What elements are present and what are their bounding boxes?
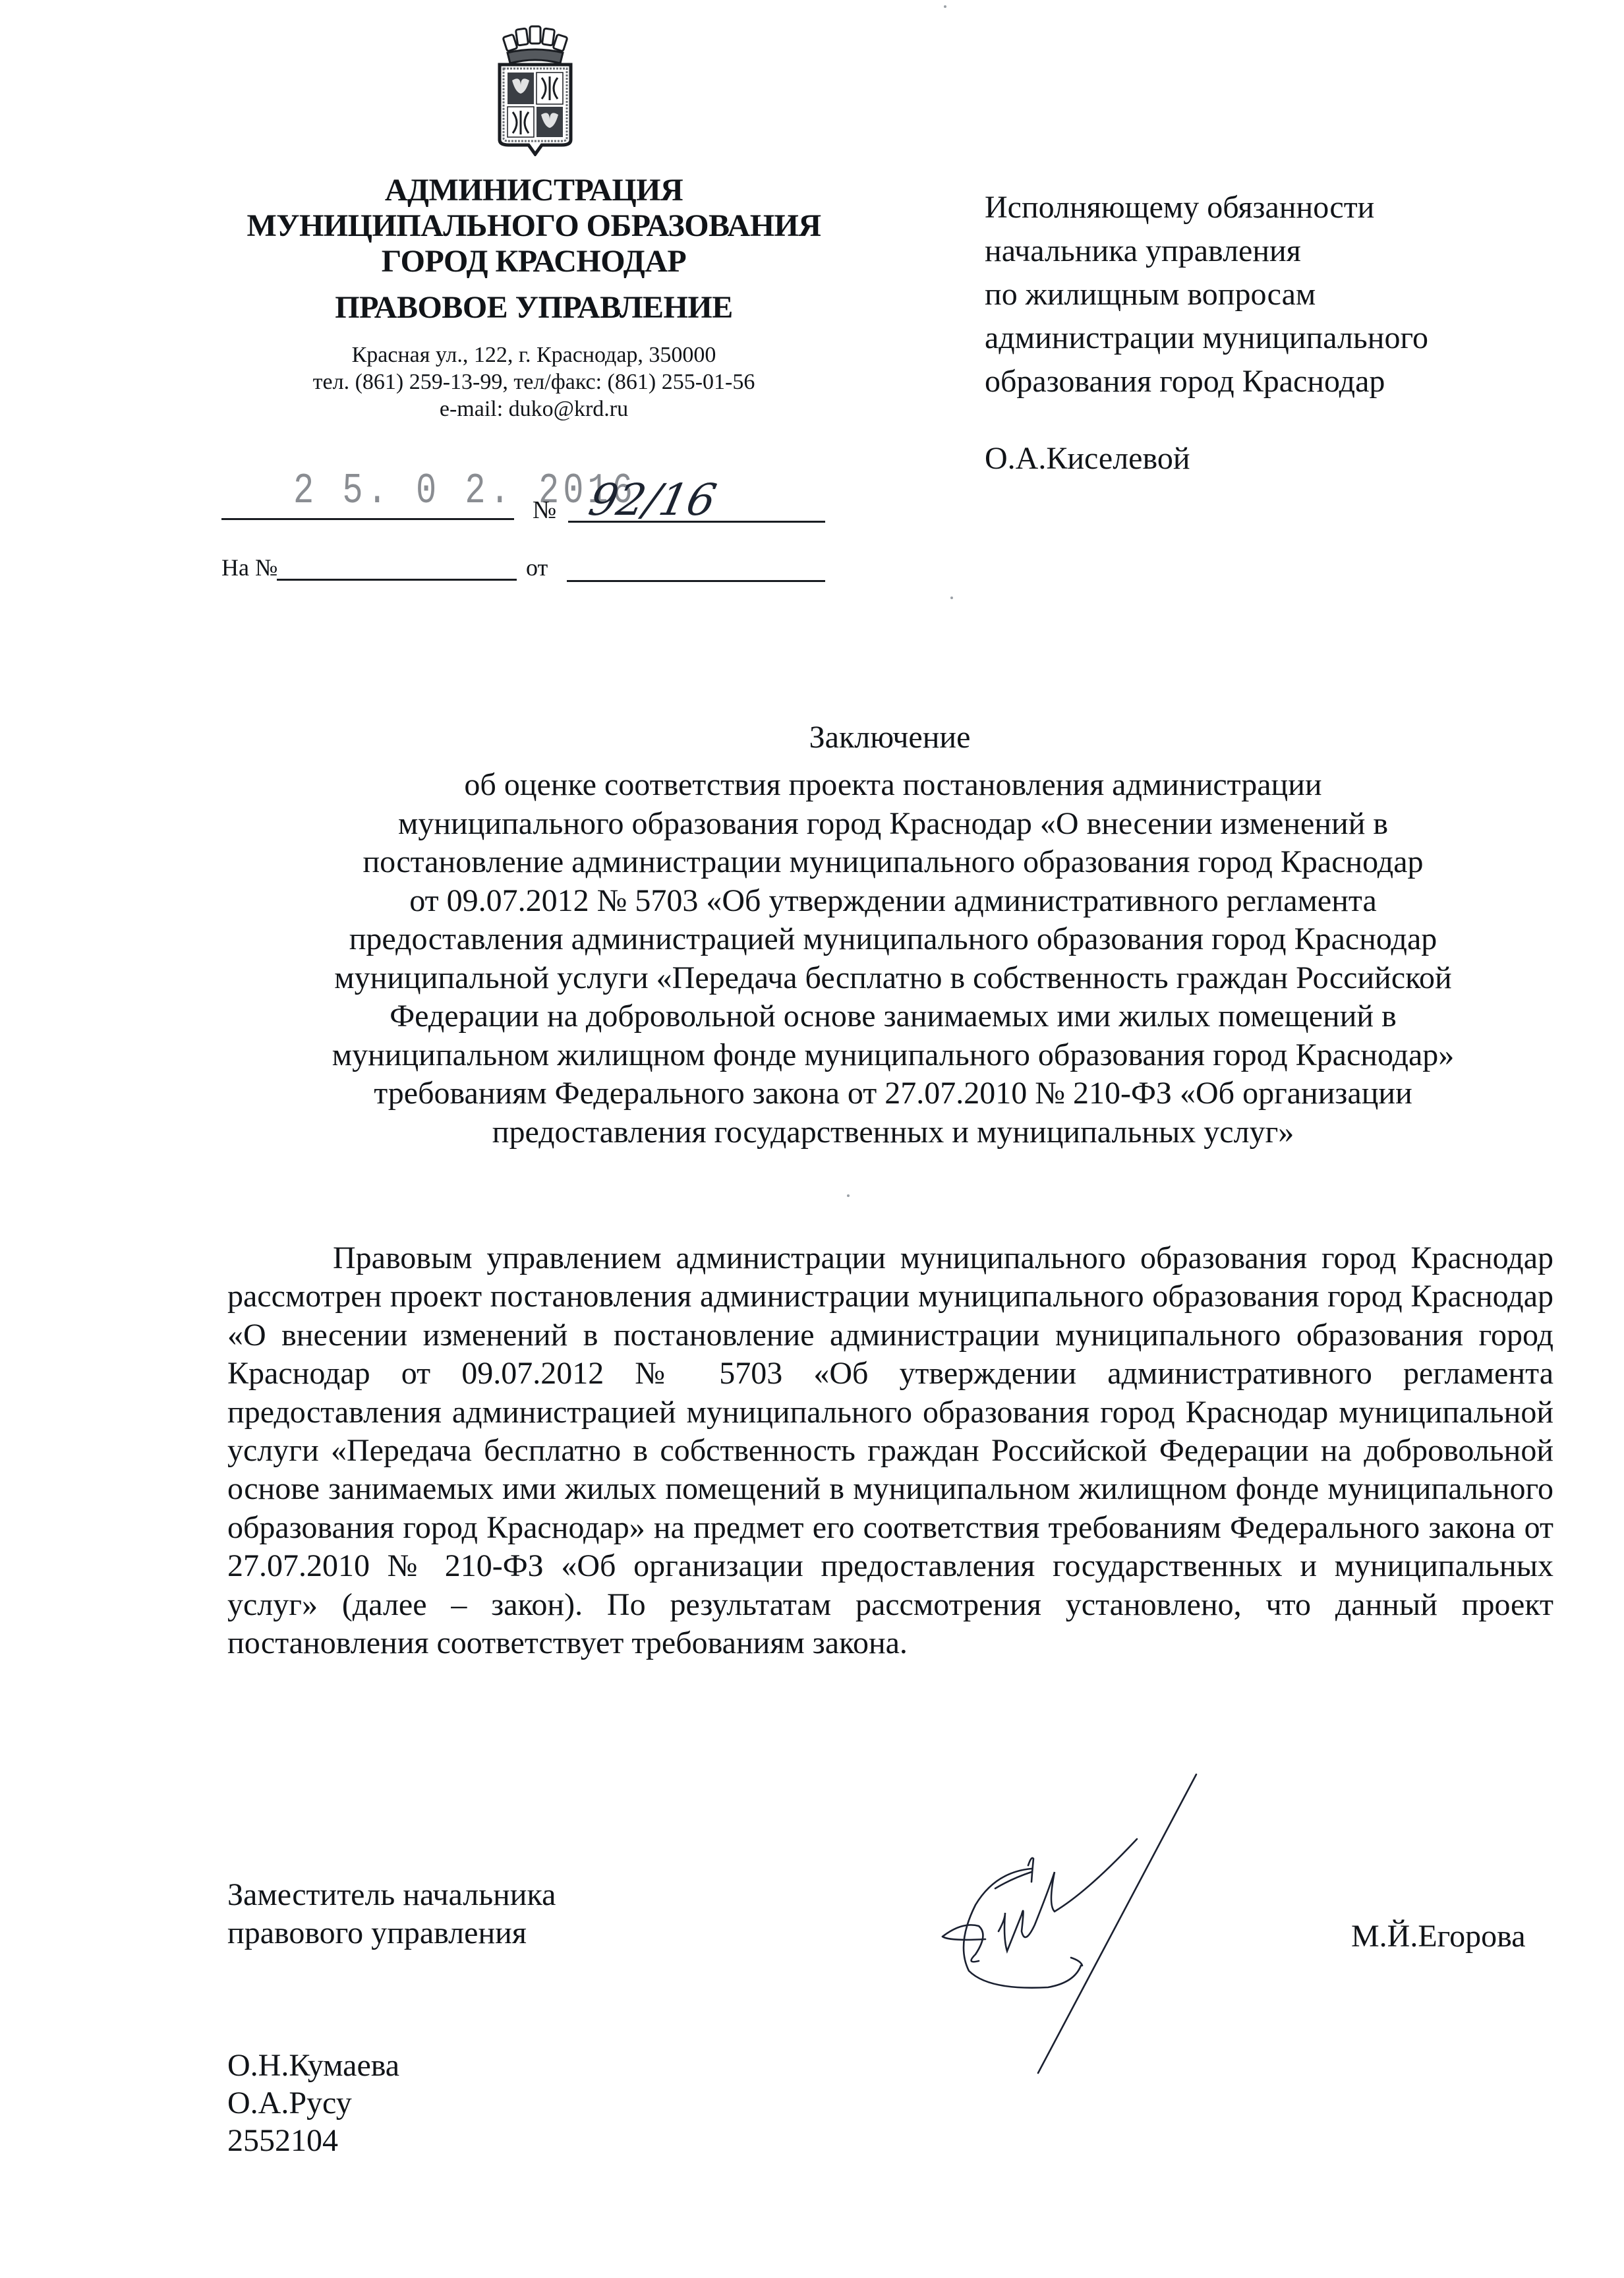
addressee-block: Исполняющему обязанности начальника упра… — [985, 186, 1578, 403]
handwritten-signature-icon — [896, 1773, 1226, 2076]
addressee-name: О.А.Киселевой — [985, 440, 1190, 477]
letterhead-title-line-1: АДМИНИСТРАЦИЯ — [198, 173, 870, 208]
letterhead-title-line-2: МУНИЦИПАЛЬНОГО ОБРАЗОВАНИЯ — [198, 208, 870, 244]
subject-line: от 09.07.2012 № 5703 «Об утверждении адм… — [211, 882, 1575, 921]
reply-from-label: от — [526, 554, 548, 581]
addressee-line: Исполняющему обязанности — [985, 186, 1578, 229]
letterhead-title-line-3: ГОРОД КРАСНОДАР — [198, 244, 870, 279]
addressee-line: администрации муниципального — [985, 316, 1578, 360]
subject-line: постановление администрации муниципально… — [211, 843, 1575, 882]
subject-line: муниципального образования город Краснод… — [211, 805, 1575, 844]
body-paragraph: Правовым управлением администрации муниц… — [227, 1239, 1553, 1662]
subject-line: предоставления государственных и муницип… — [211, 1113, 1575, 1152]
scan-speck — [847, 1194, 850, 1197]
subject-line: предоставления администрацией муниципаль… — [211, 920, 1575, 959]
letterhead-address: Красная ул., 122, г. Краснодар, 350000 — [198, 341, 870, 368]
subject-line: муниципальном жилищном фонде муниципальн… — [211, 1036, 1575, 1075]
addressee-line: образования город Краснодар — [985, 360, 1578, 403]
document-title: Заключение — [198, 718, 1582, 757]
reply-to-underline — [277, 579, 517, 581]
subject-line: муниципальной услуги «Передача бесплатно… — [211, 959, 1575, 998]
letterhead-phones: тел. (861) 259-13-99, тел/факс: (861) 25… — [198, 368, 870, 395]
executors-block: О.Н.Кумаева О.А.Русу 2552104 — [227, 2047, 399, 2159]
coat-of-arms-icon — [496, 15, 575, 156]
signer-position-line: правового управления — [227, 1914, 556, 1952]
signer-position-line: Заместитель начальника — [227, 1876, 556, 1914]
registration-date-stamp: 2 5. 0 2. 2016 — [293, 467, 637, 515]
date-underline — [221, 518, 514, 520]
subject-line: требованиям Федерального закона от 27.07… — [211, 1074, 1575, 1113]
addressee-line: начальника управления — [985, 229, 1578, 273]
subject-line: Федерации на добровольной основе занимае… — [211, 997, 1575, 1036]
executor-name: О.Н.Кумаева — [227, 2047, 399, 2084]
scan-speck — [944, 5, 946, 8]
subject-line: об оценке соответствия проекта постановл… — [211, 766, 1575, 805]
signer-name: М.Й.Егорова — [1351, 1918, 1526, 1954]
scan-speck — [950, 597, 953, 599]
letterhead-email: e-mail: duko@krd.ru — [198, 395, 870, 423]
signer-position: Заместитель начальника правового управле… — [227, 1876, 556, 1952]
number-underline — [568, 521, 825, 523]
executor-name: О.А.Русу — [227, 2084, 399, 2122]
document-subject: об оценке соответствия проекта постановл… — [211, 766, 1575, 1152]
reply-to-label: На № — [221, 554, 277, 581]
addressee-line: по жилищным вопросам — [985, 273, 1578, 316]
registration-number-value: 92/16 — [585, 475, 721, 525]
executor-phone: 2552104 — [227, 2122, 399, 2159]
registration-number-label: № — [533, 496, 556, 525]
letterhead-department: ПРАВОВОЕ УПРАВЛЕНИЕ — [198, 290, 870, 326]
reply-from-underline — [567, 580, 825, 582]
